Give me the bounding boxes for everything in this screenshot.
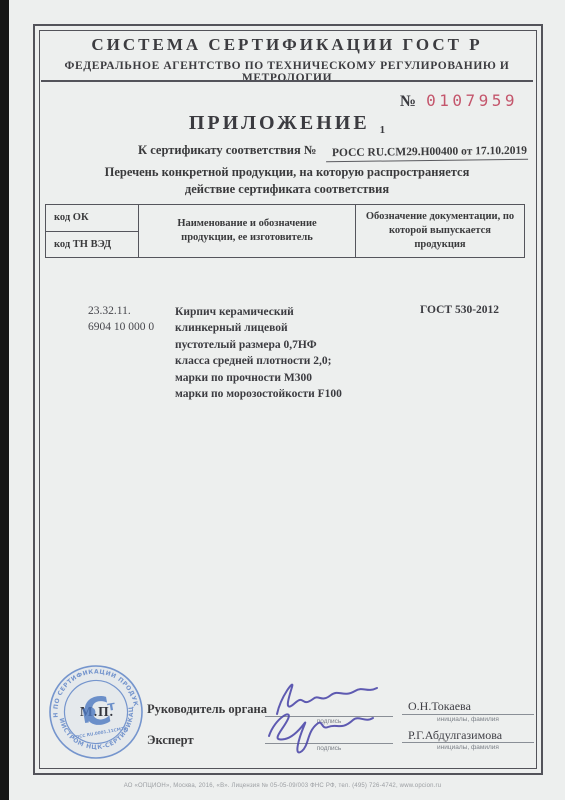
form-number: № 0107959 (400, 91, 518, 111)
product-line: пустотелый размера 0,7НФ (175, 337, 342, 353)
product-line: Кирпич керамический (175, 304, 342, 320)
form-number-value: 0107959 (426, 91, 518, 110)
name-caption-2: инициалы, фамилия (402, 744, 534, 751)
product-table-header: код ОК код ТН ВЭД Наименование и обознач… (45, 204, 525, 258)
expert-label: Эксперт (147, 733, 194, 748)
certification-stamp: • ОРГАН ПО СЕРТИФИКАЦИИ ПРОДУКЦИИ • ВНИИ… (38, 654, 154, 770)
code-tnved-header: код ТН ВЭД (46, 232, 138, 258)
scan-edge-shadow (0, 0, 9, 800)
form-number-sign: № (400, 93, 416, 111)
code-ok-value: 23.32.11. (88, 304, 154, 320)
head-name: О.Н.Токаева (408, 699, 471, 714)
gost-document-value: ГОСТ 530-2012 (420, 304, 499, 316)
product-list-subtitle-line1: Перечень конкретной продукции, на котору… (40, 165, 534, 180)
appendix-title: ПРИЛОЖЕНИЕ1 (40, 112, 534, 136)
product-codes: 23.32.11. 6904 10 000 0 (88, 304, 154, 335)
product-description: Кирпич керамический клинкерный лицевой п… (175, 304, 342, 402)
header-separator (41, 80, 533, 82)
code-tnved-value: 6904 10 000 0 (88, 320, 154, 336)
product-line: марки по морозостойкости F100 (175, 386, 342, 402)
product-line: клинкерный лицевой (175, 320, 342, 336)
certification-system-title: СИСТЕМА СЕРТИФИКАЦИИ ГОСТ Р (40, 35, 534, 55)
head-of-body-label: Руководитель органа (147, 702, 267, 717)
codes-column: код ОК код ТН ВЭД (46, 205, 139, 257)
product-line: марки по прочности М300 (175, 370, 342, 386)
certificate-ref-value: РОСС RU.СМ29.Н00400 от 17.10.2019 (326, 145, 528, 162)
appendix-index: 1 (380, 124, 386, 136)
expert-name: Р.Г.Абдулгазимова (408, 728, 502, 743)
code-ok-header: код ОК (46, 205, 138, 232)
product-name-header: Наименование и обозначение продукции, ее… (139, 205, 356, 257)
expert-signature-ink (255, 706, 405, 762)
certificate-ref-label: К сертификату соответствия № (138, 143, 316, 158)
name-caption-1: инициалы, фамилия (402, 716, 534, 723)
printer-imprint: АО «ОПЦИОН», Москва, 2016, «В». Лицензия… (0, 783, 565, 789)
documentation-header: Обозначение документации, по которой вып… (356, 205, 524, 257)
product-list-subtitle-line2: действие сертификата соответствия (40, 182, 534, 197)
appendix-title-text: ПРИЛОЖЕНИЕ (189, 112, 370, 134)
product-line: класса средней плотности 2,0; (175, 353, 342, 369)
